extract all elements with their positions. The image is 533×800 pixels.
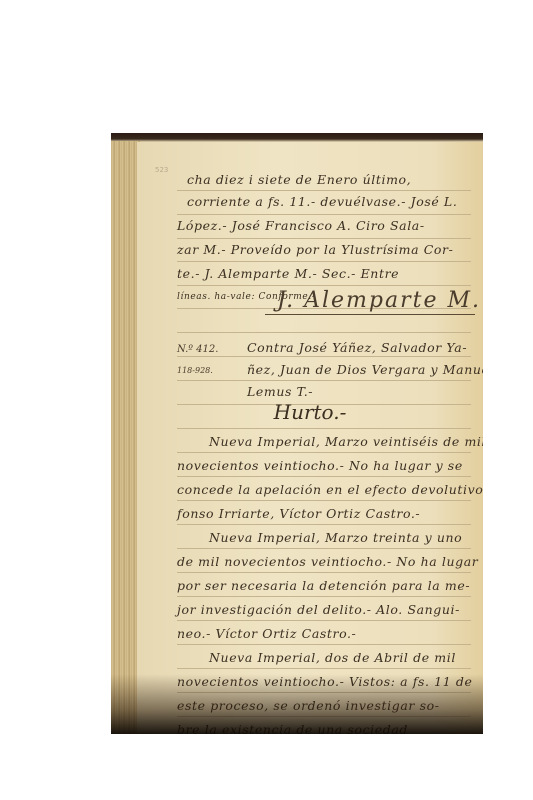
text-line: corriente a fs. 11.- devuélvase.- José L… (187, 194, 467, 209)
ruled-line (177, 596, 471, 597)
ruled-line (177, 285, 471, 286)
case-title: Hurto.- (137, 400, 483, 424)
case-reference: 118-928. (177, 366, 213, 375)
folio-stamp: 523 (155, 166, 168, 174)
ledger-page: 523 cha diez i siete de Enero último, co… (137, 142, 483, 734)
ruled-line (177, 572, 471, 573)
signature-underline (265, 314, 475, 315)
text-line: de mil novecientos veintiocho.- No ha lu… (177, 554, 467, 569)
case-number: N.º 412. (177, 344, 218, 355)
signature: J. Alemparte M. (277, 288, 481, 313)
ruled-line (177, 190, 471, 191)
text-line: por ser necesaria la detención para la m… (177, 578, 467, 593)
ruled-line (177, 380, 471, 381)
text-line: te.- J. Alemparte M.- Sec.- Entre (177, 266, 467, 281)
bottom-shadow (111, 674, 483, 734)
text-line: Nueva Imperial, Marzo veintiséis de mil (209, 434, 467, 449)
ruled-line (177, 356, 471, 357)
text-line: concede la apelación en el efecto devolu… (177, 482, 467, 497)
ruled-line (177, 238, 471, 239)
manuscript-photo: 523 cha diez i siete de Enero último, co… (111, 133, 483, 734)
ruled-line (177, 620, 471, 621)
ruled-line (177, 261, 471, 262)
case-heading-line: Lemus T.- (247, 384, 467, 399)
ruled-line (177, 668, 471, 669)
text-line: cha diez i siete de Enero último, (187, 172, 467, 187)
text-line: Nueva Imperial, Marzo treinta y uno (209, 530, 467, 545)
ruled-line (177, 214, 471, 215)
text-line: fonso Irriarte, Víctor Ortiz Castro.- (177, 506, 467, 521)
text-line: Nueva Imperial, dos de Abril de mil (209, 650, 467, 665)
ruled-line (177, 452, 471, 453)
ruled-line (177, 548, 471, 549)
text-line: novecientos veintiocho.- No ha lugar y s… (177, 458, 467, 473)
text-line: López.- José Francisco A. Ciro Sala- (177, 218, 467, 233)
ruled-line (177, 644, 471, 645)
ruled-line (177, 524, 471, 525)
ruled-line (177, 332, 471, 333)
ruled-line (177, 500, 471, 501)
text-line: jor investigación del delito.- Alo. Sang… (177, 602, 467, 617)
ruled-line (177, 428, 471, 429)
case-heading-line: Contra José Yáñez, Salvador Ya- (247, 340, 467, 355)
text-line: zar M.- Proveído por la Ylustrísima Cor- (177, 242, 467, 257)
ruled-line (177, 476, 471, 477)
case-heading-line: ñez, Juan de Dios Vergara y Manuel (247, 362, 467, 377)
text-line: neo.- Víctor Ortiz Castro.- (177, 626, 467, 641)
